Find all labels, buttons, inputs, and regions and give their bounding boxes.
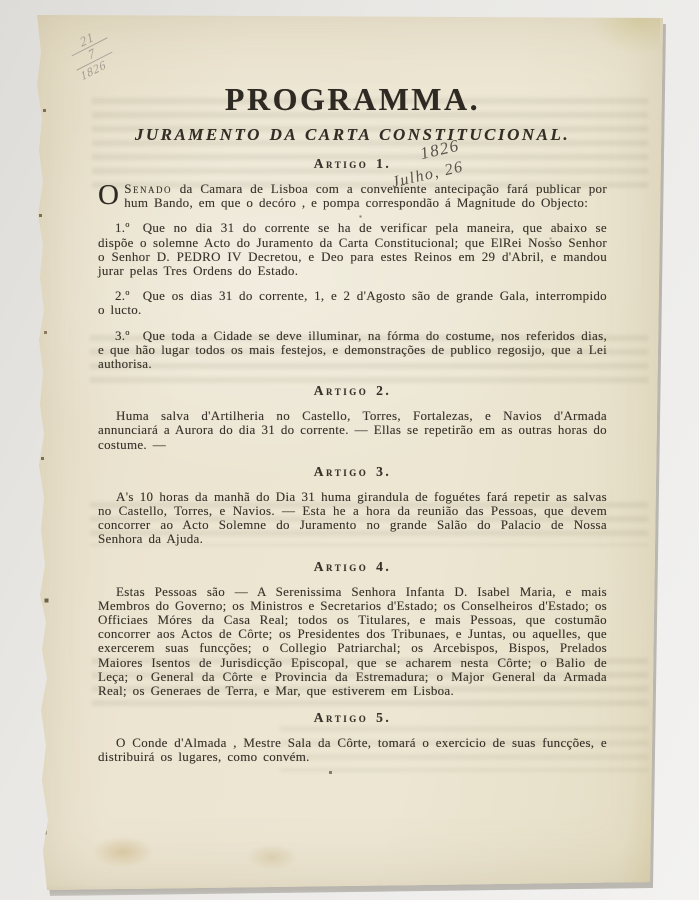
intro-text: da Camara de Lisboa com a conveniente an… [124, 181, 607, 210]
smallcaps-word: Senado [124, 181, 172, 196]
artigo-4-heading: Artigo 4. [98, 560, 607, 574]
printed-text-block: PROGRAMMA. JURAMENTO DA CARTA CONSTITUCI… [98, 83, 607, 765]
artigo-1-item-3: 3.ºQue toda a Cidade se deve illuminar, … [98, 329, 607, 372]
item-text: Que toda a Cidade se deve illuminar, na … [98, 328, 607, 371]
artigo-2-paragraph: Huma salva d'Artilheria no Castello, Tor… [98, 409, 607, 452]
dropcap-letter: O [98, 182, 124, 208]
item-number: 1.º [115, 220, 143, 235]
artigo-1-intro-paragraph: OSenado da Camara de Lisboa com a conven… [98, 182, 607, 210]
photo-backdrop: 21 7 1826 1826 Julho, 26 PROGRAMMA. JURA… [0, 0, 699, 900]
artigo-5-paragraph: O Conde d'Almada , Mestre Sala da Côrte,… [98, 736, 607, 764]
artigo-1-heading: Artigo 1. [98, 157, 607, 171]
paper-stain [590, 12, 660, 54]
artigo-4-paragraph: Estas Pessoas são — A Serenissima Senhor… [98, 585, 607, 699]
artigo-2-heading: Artigo 2. [98, 384, 607, 398]
item-number: 3.º [115, 328, 143, 343]
paper-specks [30, 10, 31, 11]
document-paper: 21 7 1826 1826 Julho, 26 PROGRAMMA. JURA… [30, 10, 670, 892]
item-text: Que os dias 31 do corrente, 1, e 2 d'Ago… [98, 288, 607, 317]
paper-stain [92, 836, 154, 868]
artigo-1-item-2: 2.ºQue os dias 31 do corrente, 1, e 2 d'… [98, 289, 607, 317]
paper-stain [246, 844, 298, 870]
pencil-date-annotation: 21 7 1826 [67, 24, 117, 84]
artigo-1-item-1: 1.ºQue no dia 31 do corrente se ha de ve… [98, 221, 607, 278]
doc-subtitle: JURAMENTO DA CARTA CONSTITUCIONAL. [98, 126, 607, 144]
item-text: Que no dia 31 do corrente se ha de verif… [98, 220, 607, 278]
artigo-5-heading: Artigo 5. [98, 711, 607, 725]
artigo-3-paragraph: A's 10 horas da manhã do Dia 31 huma gir… [98, 490, 607, 547]
item-number: 2.º [115, 288, 143, 303]
doc-title: PROGRAMMA. [98, 83, 607, 115]
artigo-3-heading: Artigo 3. [98, 465, 607, 479]
